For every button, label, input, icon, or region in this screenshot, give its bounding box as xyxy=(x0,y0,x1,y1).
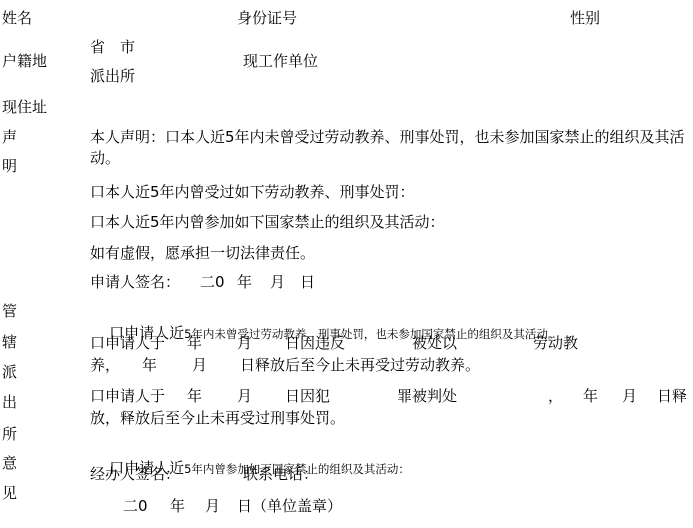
contact-phone-label: 联系电话： xyxy=(243,464,318,485)
name-label: 姓名 xyxy=(2,8,32,29)
opinion-reeducation-release-month: 月 xyxy=(192,355,207,376)
opinion-reeducation-month-label: 月 xyxy=(237,333,252,354)
gender-label: 性别 xyxy=(570,8,600,29)
declaration-liability-text: 如有虚假，愿承担一切法律责任。 xyxy=(90,243,315,264)
opinion-criminal-month-label: 月 xyxy=(237,386,252,407)
declaration-option-reeducation[interactable]: 口本人近5年内曾受过如下劳动教养、刑事处罚： xyxy=(90,182,415,203)
declaration-statement-option-clean[interactable]: 本人声明：口本人近5年内未曾受过劳动教养、刑事处罚，也未参加国家禁止的组织及其活… xyxy=(90,127,690,169)
declaration-side-label-1: 声 xyxy=(2,127,17,148)
opinion-reeducation-punished-label: 被处以 xyxy=(412,333,457,354)
opinion-side-label-6: 意 xyxy=(2,453,17,474)
opinion-criminal-sentenced-label: 罪被判处 xyxy=(397,386,457,407)
opinion-reeducation-laojiao-label: 劳动教 xyxy=(533,333,578,354)
stamp-date-day-and-stamp: 日（单位盖章） xyxy=(237,496,342,517)
handler-signature-label: 经办人签名： xyxy=(90,464,180,485)
application-form-document: 姓名 身份证号 性别 户籍地 省 市 派出所 现工作单位 现住址 声 明 本人声… xyxy=(0,0,693,528)
work-unit-label: 现工作单位 xyxy=(243,51,318,72)
opinion-side-label-1: 管 xyxy=(2,301,17,322)
opinion-reeducation-option[interactable]: 口申请人于 xyxy=(90,333,165,354)
opinion-reeducation-line2-start: 养， xyxy=(90,355,120,376)
stamp-date-month: 月 xyxy=(205,496,220,517)
opinion-criminal-release-day: 日释 xyxy=(657,386,687,407)
declaration-side-label-2: 明 xyxy=(2,156,17,177)
stamp-date-era: 二0 xyxy=(123,496,148,517)
opinion-reeducation-violation-label: 日因违反 xyxy=(285,333,345,354)
current-address-label: 现住址 xyxy=(2,97,47,118)
applicant-date-year: 年 xyxy=(237,272,252,293)
opinion-side-label-4: 出 xyxy=(2,392,17,413)
police-station-label: 派出所 xyxy=(90,66,135,87)
opinion-criminal-year-label: 年 xyxy=(187,386,202,407)
opinion-reeducation-release-text: 日释放后至今止未再受过劳动教养。 xyxy=(240,355,480,376)
id-number-label: 身份证号 xyxy=(237,8,297,29)
opinion-criminal-option[interactable]: 口申请人于 xyxy=(90,386,165,407)
opinion-reeducation-year-label: 年 xyxy=(187,333,202,354)
opinion-side-label-3: 派 xyxy=(2,362,17,383)
opinion-criminal-release-year: 年 xyxy=(583,386,598,407)
declaration-option-banned-org[interactable]: 口本人近5年内曾参加如下国家禁止的组织及其活动： xyxy=(90,212,445,233)
province-city-label: 省 市 xyxy=(90,37,135,58)
stamp-date-year: 年 xyxy=(170,496,185,517)
applicant-date-day: 日 xyxy=(300,272,315,293)
applicant-date-month: 月 xyxy=(270,272,285,293)
opinion-criminal-release-month: 月 xyxy=(622,386,637,407)
opinion-criminal-comma: ， xyxy=(548,386,563,407)
opinion-side-label-7: 见 xyxy=(2,483,17,504)
opinion-criminal-line2: 放，释放后至今止未再受过刑事处罚。 xyxy=(90,408,345,429)
opinion-side-label-2: 辖 xyxy=(2,332,17,353)
opinion-reeducation-release-year: 年 xyxy=(142,355,157,376)
opinion-criminal-crime-label: 日因犯 xyxy=(285,386,330,407)
applicant-signature-label: 申请人签名： xyxy=(90,272,180,293)
opinion-side-label-5: 所 xyxy=(2,424,17,445)
applicant-date-era: 二0 xyxy=(200,272,225,293)
household-registration-label: 户籍地 xyxy=(2,51,47,72)
